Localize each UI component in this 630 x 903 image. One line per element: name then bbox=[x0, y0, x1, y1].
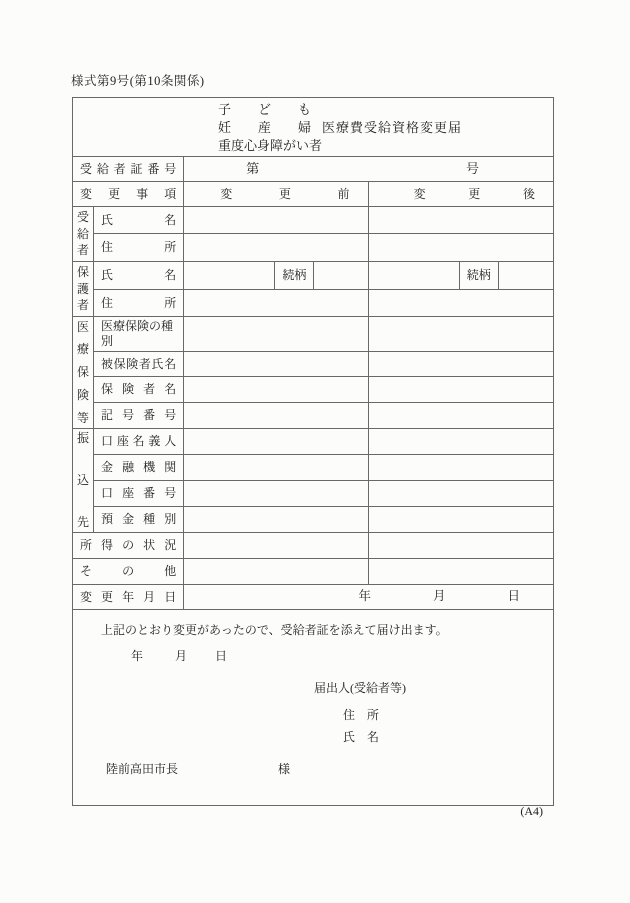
form-number: 様式第9号(第10条関係) bbox=[71, 71, 205, 89]
title-option-disabled: 重度心身障がい者 bbox=[218, 138, 322, 153]
recipient-name-label: 氏名 bbox=[94, 207, 184, 234]
guardian-address-label: 住所 bbox=[94, 290, 184, 317]
other-before-field bbox=[184, 559, 368, 585]
form-title-cell: 子ども 妊産婦医療費受給資格変更届 重度心身障がい者 bbox=[73, 98, 554, 157]
change-date-year-label: 年 bbox=[358, 589, 371, 605]
insured-name-label: 被保険者氏名 bbox=[94, 352, 184, 377]
change-notification-form-table: 子ども 妊産婦医療費受給資格変更届 重度心身障がい者 受給者証番号 第 号 変更… bbox=[72, 97, 554, 806]
insurance-type-before-field bbox=[184, 317, 368, 352]
deposit-type-before-field bbox=[184, 507, 368, 533]
symbol-number-after-field bbox=[368, 403, 553, 429]
declaration-section: 上記のとおり変更があったので、受給者証を添えて届け出ます。 年 月 日 届出人(… bbox=[73, 610, 554, 806]
guardian-relationship-before-field bbox=[314, 262, 368, 290]
document-page: 様式第9号(第10条関係) 子ども 妊産婦医療費受給資格変更届 重度心身障がい者… bbox=[0, 0, 630, 903]
income-status-label: 所得の状況 bbox=[73, 533, 184, 559]
declaration-year-label: 年 bbox=[131, 649, 143, 663]
insurer-name-after-field bbox=[368, 377, 553, 403]
declaration-statement: 上記のとおり変更があったので、受給者証を添えて届け出ます。 bbox=[101, 623, 448, 638]
insurance-type-label: 医療保険の種別 bbox=[94, 317, 184, 352]
addressee-line: 陸前高田市長 様 bbox=[106, 762, 290, 777]
insurance-group-label: 医療保険等 bbox=[73, 317, 94, 429]
deposit-type-after-field bbox=[368, 507, 553, 533]
account-number-after-field bbox=[368, 481, 553, 507]
declaration-month-label: 月 bbox=[175, 649, 187, 663]
guardian-address-before-field bbox=[184, 290, 368, 317]
financial-institution-before-field bbox=[184, 455, 368, 481]
applicant-address-label: 住 所 bbox=[343, 708, 379, 723]
recipient-name-after-field bbox=[368, 207, 553, 234]
symbol-number-label: 記号番号 bbox=[94, 403, 184, 429]
guardian-address-after-field bbox=[368, 290, 553, 317]
income-status-before-field bbox=[184, 533, 368, 559]
insurer-name-before-field bbox=[184, 377, 368, 403]
account-holder-label: 口座名義人 bbox=[94, 429, 184, 455]
guardian-name-label: 氏名 bbox=[94, 262, 184, 290]
insurer-name-label: 保険者名 bbox=[94, 377, 184, 403]
form-title: 子ども 妊産婦医療費受給資格変更届 重度心身障がい者 bbox=[73, 98, 553, 156]
income-status-after-field bbox=[368, 533, 553, 559]
guardian-name-after-field bbox=[368, 262, 459, 290]
change-date-field: 年 月 日 bbox=[184, 585, 554, 610]
recipient-address-before-field bbox=[184, 234, 368, 262]
insured-name-after-field bbox=[368, 352, 553, 377]
guardian-group-label: 保護者 bbox=[73, 262, 94, 317]
guardian-relationship-after-label: 続柄 bbox=[459, 262, 498, 290]
mayor-name: 陸前高田市長 bbox=[106, 762, 178, 776]
applicant-label: 届出人(受給者等) bbox=[314, 681, 406, 696]
recipient-name-before-field bbox=[184, 207, 368, 234]
title-subject: 医療費受給資格変更届 bbox=[322, 120, 462, 135]
recipient-address-after-field bbox=[368, 234, 553, 262]
recipient-address-label: 住所 bbox=[94, 234, 184, 262]
applicant-name-label: 氏 名 bbox=[343, 730, 379, 745]
account-holder-after-field bbox=[368, 429, 553, 455]
title-option-child: 子ども bbox=[218, 102, 311, 118]
account-number-label: 口座番号 bbox=[94, 481, 184, 507]
change-date-day-label: 日 bbox=[507, 589, 520, 605]
honorific: 様 bbox=[278, 762, 290, 776]
insured-name-before-field bbox=[184, 352, 368, 377]
certificate-number-label: 受給者証番号 bbox=[73, 157, 184, 182]
declaration-day-label: 日 bbox=[215, 649, 227, 663]
certificate-suffix: 号 bbox=[466, 161, 479, 177]
change-date-month-label: 月 bbox=[433, 589, 446, 605]
financial-institution-label: 金融機関 bbox=[94, 455, 184, 481]
symbol-number-before-field bbox=[184, 403, 368, 429]
deposit-type-label: 預金種別 bbox=[94, 507, 184, 533]
insurance-type-after-field bbox=[368, 317, 553, 352]
title-option-maternity: 妊産婦 bbox=[218, 120, 311, 136]
before-change-header: 変更前 bbox=[184, 182, 368, 207]
other-label: その他 bbox=[73, 559, 184, 585]
certificate-prefix: 第 bbox=[246, 161, 259, 177]
other-after-field bbox=[368, 559, 553, 585]
guardian-name-before-field bbox=[184, 262, 275, 290]
financial-institution-after-field bbox=[368, 455, 553, 481]
declaration-date-line: 年 月 日 bbox=[131, 649, 227, 664]
guardian-relationship-after-field bbox=[498, 262, 553, 290]
recipient-group-label: 受給者 bbox=[73, 207, 94, 262]
bank-group-label: 振込先 bbox=[73, 429, 94, 533]
account-number-before-field bbox=[184, 481, 368, 507]
guardian-relationship-before-label: 続柄 bbox=[275, 262, 314, 290]
change-date-label: 変更年月日 bbox=[73, 585, 184, 610]
certificate-number-field: 第 号 bbox=[184, 157, 554, 182]
account-holder-before-field bbox=[184, 429, 368, 455]
paper-size-note: (A4) bbox=[520, 804, 543, 819]
after-change-header: 変更後 bbox=[368, 182, 553, 207]
change-items-label: 変更事項 bbox=[73, 182, 184, 207]
